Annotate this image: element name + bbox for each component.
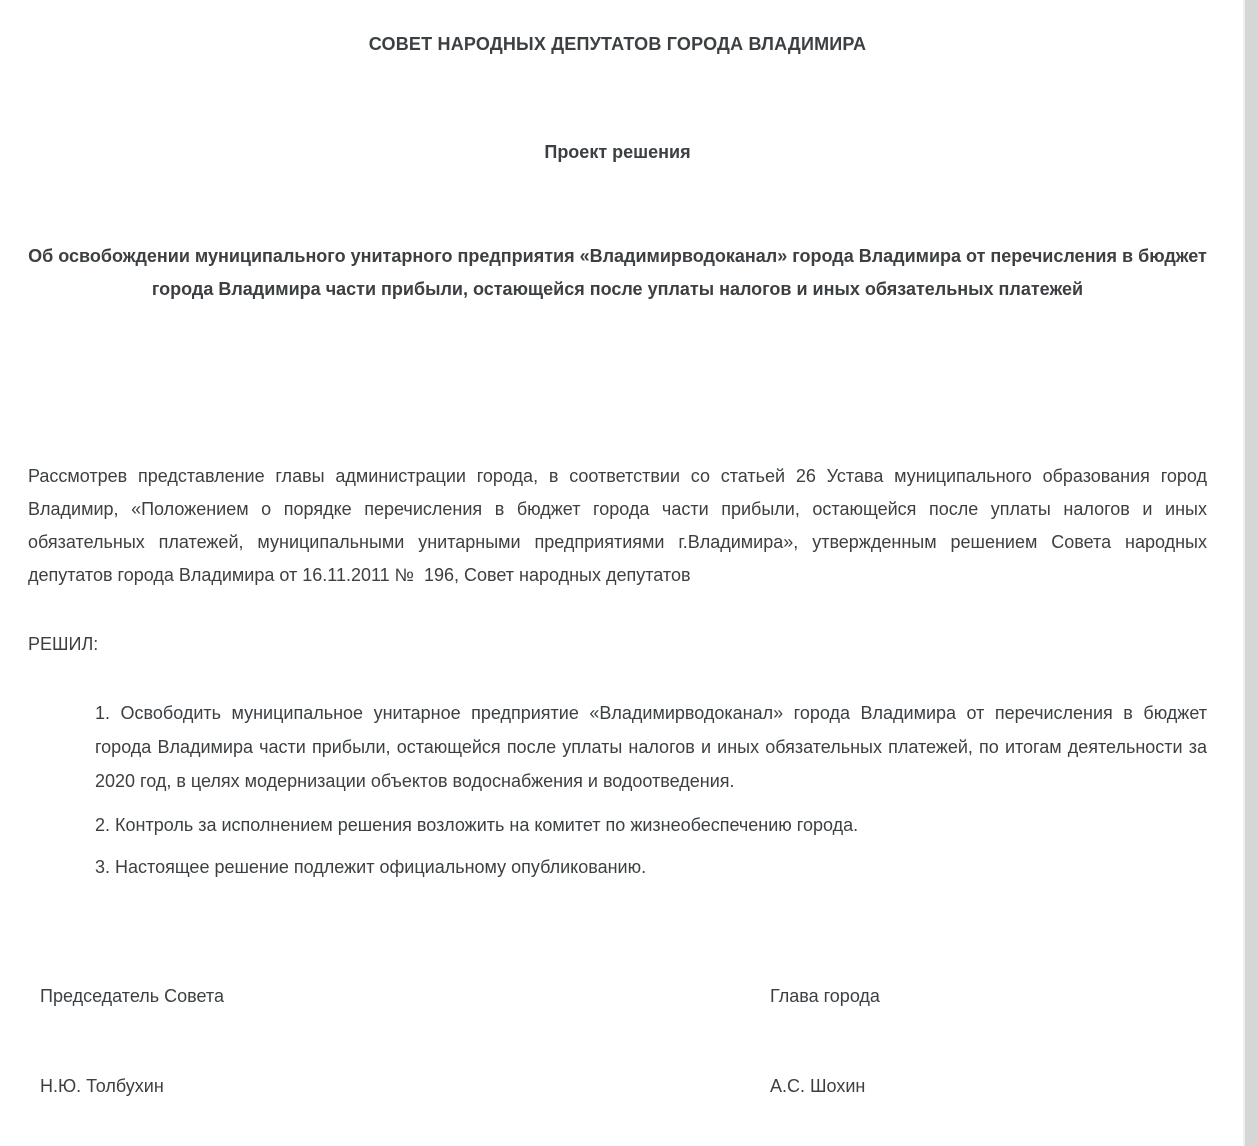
resolved-label: РЕШИЛ: — [28, 628, 1207, 661]
signature-right-name: А.С. Шохин — [770, 1075, 865, 1097]
decision-item-2: 2. Контроль за исполнением решения возло… — [95, 808, 1207, 842]
signature-right-title: Глава города — [770, 985, 880, 1007]
document-subtitle: Проект решения — [28, 141, 1207, 163]
document-page: СОВЕТ НАРОДНЫХ ДЕПУТАТОВ ГОРОДА ВЛАДИМИР… — [0, 0, 1258, 1146]
page-edge-strip — [1243, 0, 1258, 1146]
decision-item-1: 1. Освободить муниципальное унитарное пр… — [95, 696, 1207, 798]
decision-item-3: 3. Настоящее решение подлежит официально… — [95, 850, 1207, 884]
document-subject-heading: Об освобождении муниципального унитарног… — [28, 240, 1207, 306]
signature-left-name: Н.Ю. Толбухин — [40, 1075, 164, 1097]
signature-left-title: Председатель Совета — [40, 985, 224, 1007]
preamble-paragraph: Рассмотрев представление главы администр… — [28, 460, 1207, 592]
document-org-title: СОВЕТ НАРОДНЫХ ДЕПУТАТОВ ГОРОДА ВЛАДИМИР… — [28, 33, 1207, 55]
